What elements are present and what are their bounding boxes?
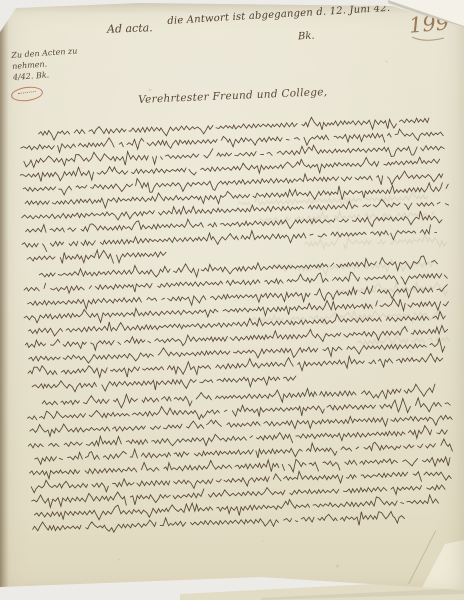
foxing-spot [52,300,54,302]
salutation: Verehrtester Freund und College, [138,86,328,106]
handwriting-body [15,110,461,540]
foxing-spot [92,252,95,255]
margin-filing-note: Zu den Acten zu nehmen. 4/42. Bk. [11,44,93,83]
stamp-text-squiggle [18,91,36,94]
binding-edge-shadow [0,0,9,600]
margin-note-line-1: Zu den Acten zu [11,46,78,60]
foxing-spot [385,60,388,63]
foxing-spot [118,558,121,561]
letter-paper: Ad acta. die Antwort ist abgegangen d. 1… [0,0,464,600]
registry-stamp [10,85,43,103]
margin-note-line-2: nehmen. [12,60,48,71]
foxing-spot [148,88,152,92]
folio-underline-swash [410,34,450,44]
dispatch-initials: Bk. [298,31,315,43]
scanned-letter-page: Ad acta. die Antwort ist abgegangen d. 1… [0,0,464,600]
margin-note-line-3: 4/42. Bk. [13,70,50,82]
foxing-spot [408,350,411,353]
foxing-spot [262,540,264,542]
foxing-spot [335,564,340,568]
filing-note: Ad acta. [107,21,153,36]
